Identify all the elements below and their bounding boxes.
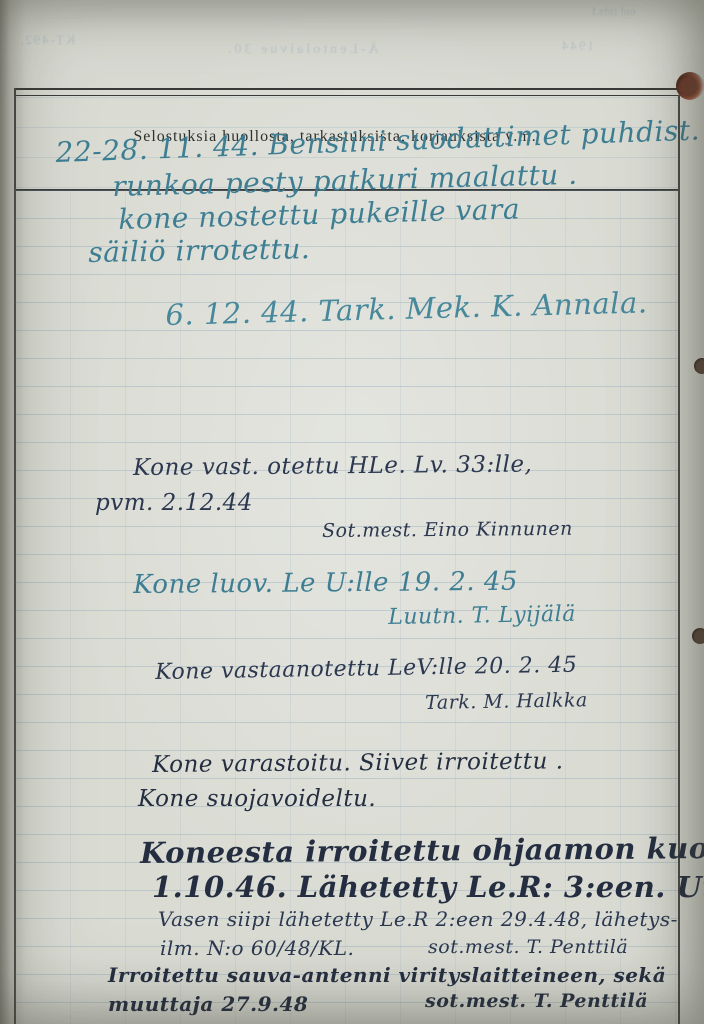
signature-line: sot.mest. T. Penttilä [428, 936, 628, 958]
signature-line: 6. 12. 44. Tark. Mek. K. Annala. [165, 285, 648, 332]
signature-line: Sot.mest. Eino Kinnunen [322, 518, 573, 542]
handwriting-line: Koneesta irroitettu ohjaamon kuomu [140, 831, 704, 870]
handwriting-line: Kone varastoitu. Siivet irroitettu . [152, 748, 564, 778]
signature-line: Luutn. T. Lyijälä [388, 602, 576, 630]
signature-line: sot.mest. T. Penttilä [425, 990, 648, 1012]
bleedthrough-squadron: Ä-Lentolaivue 30. [225, 42, 379, 58]
punch-hole-partial [692, 628, 704, 644]
punch-hole [676, 72, 704, 100]
bleedthrough-code: KT-492. [18, 32, 75, 48]
frame-top-rule-outer [14, 88, 680, 90]
handwriting-line: ilm. N:o 60/48/KL. [160, 936, 354, 960]
handwriting-line: Vasen siipi lähetetty Le.R 2:een 29.4.48… [158, 907, 678, 931]
handwriting-line: Kone vastaanotettu LeV:lle 20. 2. 45 [155, 653, 577, 685]
handwriting-line: 1.10.46. Lähetetty Le.R: 3:een. Uttiin [152, 870, 704, 904]
punch-hole-partial [694, 358, 704, 374]
logbook-page-photo: KT-492. Ä-Lentolaivue 30. 1944 Lehti luo… [0, 0, 704, 1024]
bleedthrough-year: 1944 [560, 38, 594, 54]
handwriting-line: muuttaja 27.9.48 [108, 992, 308, 1016]
handwriting-line: Kone suojavoideltu. [138, 786, 376, 812]
signature-line: Tark. M. Halkka [425, 689, 588, 714]
handwriting-line: Kone vast. otettu HLe. Lv. 33:lle, [133, 452, 532, 481]
handwriting-line: 22-28. 11. 44. Bensiini suodattimet puhd… [55, 113, 700, 168]
handwriting-line: Kone luov. Le U:lle 19. 2. 45 [133, 567, 518, 600]
handwriting-line: säiliö irrotettu. [88, 232, 311, 269]
frame-top-rule-inner [14, 95, 680, 96]
frame-left-border [14, 88, 16, 1024]
bleedthrough-corner: Lehti luo [592, 4, 636, 19]
handwriting-line: Irroitettu sauva-antenni virityslaittein… [108, 963, 666, 987]
handwriting-line: pvm. 2.12.44 [95, 490, 253, 516]
